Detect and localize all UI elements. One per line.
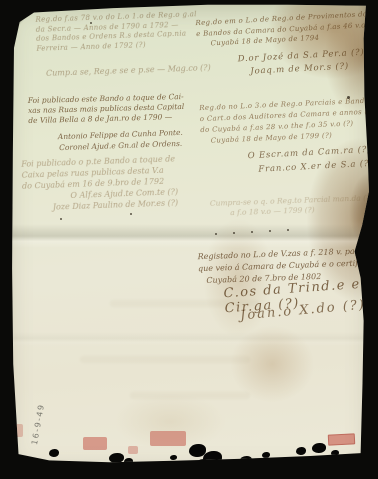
fold-crease-faint <box>0 332 378 346</box>
damage-hole <box>312 443 326 453</box>
annotation-faded: Cumpra-se o q. o Reg.to Parcial man.da (… <box>210 193 374 219</box>
archival-number: 16-9-49 <box>30 403 46 446</box>
damage-hole <box>49 449 59 457</box>
annotation-publicacao-villabella: Foi publicado este Bando a toque de Cai-… <box>28 92 185 126</box>
annotation-cumprase: Cump.a se, Reg.e se e p.se — Mag.co (?) <box>46 63 211 78</box>
pink-stain <box>83 437 107 450</box>
annotation-registo-1799: Reg.do no L.o 3.o de Reg.o Parciais e Ba… <box>199 95 378 147</box>
damage-hole <box>197 459 208 467</box>
damage-hole <box>262 452 270 458</box>
photograph-backdrop: Reg.do f.as 78 v.o do L.o 1.o de Reg.o g… <box>0 0 378 479</box>
ink-spot <box>215 233 217 235</box>
ink-showthrough <box>80 356 250 363</box>
manuscript-page: Reg.do f.as 78 v.o do L.o 1.o de Reg.o g… <box>0 0 378 479</box>
annotation-registo-1794: Reg.do em o L.o de Reg.o de Provimentos … <box>195 8 378 50</box>
ink-spot <box>90 22 92 24</box>
pink-stain <box>128 446 138 454</box>
ink-spot <box>287 229 289 231</box>
damage-hole <box>170 455 177 460</box>
ink-spot <box>347 96 350 99</box>
ink-spot <box>130 213 132 215</box>
signature-cunha-ponte: Antonio Felippe da Cunha Ponte. Coronel … <box>58 127 184 153</box>
ink-spot <box>60 218 62 220</box>
folded-corner <box>12 9 29 29</box>
ink-spot <box>0 150 2 152</box>
damage-hole <box>240 456 252 464</box>
annotation-publicacao-cuyaba: Foi publicado o p.te Bando a toque de Ca… <box>21 153 179 213</box>
damage-hole <box>296 447 306 455</box>
fold-crease <box>0 224 378 248</box>
ink-showthrough <box>130 392 250 399</box>
signatures-1799: O Escr.am da Cam.ra (?) Fran.co X.er de … <box>247 143 373 178</box>
damage-hole <box>331 450 339 456</box>
ink-spot <box>233 232 235 234</box>
signatures-1794: D.or Jozé da S.a Per.a (?) Joaq.m de Mor… <box>237 47 365 80</box>
damage-hole <box>124 458 133 465</box>
ink-spot <box>269 230 271 232</box>
red-stamp-mark <box>328 433 356 445</box>
ink-spot <box>251 231 253 233</box>
pink-stain <box>150 431 186 446</box>
damage-hole <box>203 451 222 465</box>
damage-hole <box>109 453 124 463</box>
pink-stain <box>13 424 23 437</box>
annotation-top-left: Reg.do f.as 78 v.o do L.o 1.o de Reg.o g… <box>35 10 198 54</box>
